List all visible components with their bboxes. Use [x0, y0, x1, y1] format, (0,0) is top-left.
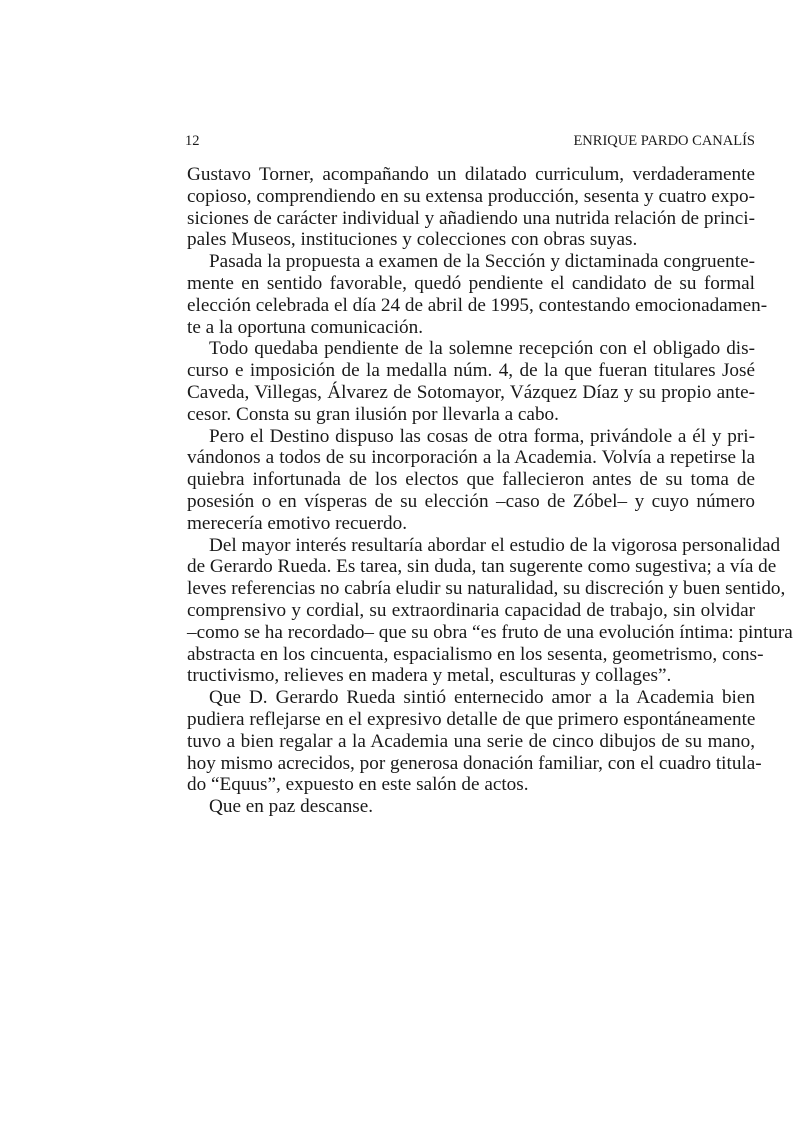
page-header: 12 ENRIQUE PARDO CANALÍS [185, 133, 755, 153]
text-line: Que D. Gerardo Rueda sintió enternecido … [187, 687, 755, 709]
paragraph: Todo quedaba pendiente de la solemne rec… [187, 338, 755, 425]
text-line: Pasada la propuesta a examen de la Secci… [187, 251, 755, 273]
paragraph: Gustavo Torner, acompañando un dilatado … [187, 164, 755, 251]
text-line: Que en paz descanse. [187, 796, 755, 818]
text-line: Caveda, Villegas, Álvarez de Sotomayor, … [187, 382, 755, 404]
text-line: Pero el Destino dispuso las cosas de otr… [187, 426, 755, 448]
text-line: tuvo a bien regalar a la Academia una se… [187, 731, 755, 753]
paragraph: Que D. Gerardo Rueda sintió enternecido … [187, 687, 755, 796]
text-line: do “Equus”, expuesto en este salón de ac… [187, 774, 755, 796]
text-line: cesor. Consta su gran ilusión por llevar… [187, 404, 755, 426]
page-number: 12 [185, 133, 200, 150]
text-line: –como se ha recordado– que su obra “es f… [187, 622, 755, 644]
text-line: siciones de carácter individual y añadie… [187, 208, 755, 230]
text-line: te a la oportuna comunicación. [187, 317, 755, 339]
text-line: pales Museos, instituciones y coleccione… [187, 229, 755, 251]
paragraph: Pasada la propuesta a examen de la Secci… [187, 251, 755, 338]
text-line: posesión o en vísperas de su elección –c… [187, 491, 755, 513]
text-line: merecería emotivo recuerdo. [187, 513, 755, 535]
text-line: Del mayor interés resultaría abordar el … [187, 535, 755, 557]
text-line: Todo quedaba pendiente de la solemne rec… [187, 338, 755, 360]
text-line: leves referencias no cabría eludir su na… [187, 578, 755, 600]
text-line: abstracta en los cincuenta, espacialismo… [187, 644, 755, 666]
text-line: comprensivo y cordial, su extraordinaria… [187, 600, 755, 622]
paragraph: Pero el Destino dispuso las cosas de otr… [187, 426, 755, 535]
text-line: quiebra infortunada de los electos que f… [187, 469, 755, 491]
paragraph: Del mayor interés resultaría abordar el … [187, 535, 755, 688]
text-line: mente en sentido favorable, quedó pendie… [187, 273, 755, 295]
body-text: Gustavo Torner, acompañando un dilatado … [187, 164, 755, 818]
paragraph: Que en paz descanse. [187, 796, 755, 818]
running-head-author: ENRIQUE PARDO CANALÍS [573, 133, 755, 150]
text-line: copioso, comprendiendo en su extensa pro… [187, 186, 755, 208]
text-line: vándonos a todos de su incorporación a l… [187, 447, 755, 469]
text-line: elección celebrada el día 24 de abril de… [187, 295, 755, 317]
text-line: curso e imposición de la medalla núm. 4,… [187, 360, 755, 382]
text-line: tructivismo, relieves en madera y metal,… [187, 665, 755, 687]
text-line: Gustavo Torner, acompañando un dilatado … [187, 164, 755, 186]
text-line: de Gerardo Rueda. Es tarea, sin duda, ta… [187, 556, 755, 578]
text-line: hoy mismo acrecidos, por generosa donaci… [187, 753, 755, 775]
text-line: pudiera reflejarse en el expresivo detal… [187, 709, 755, 731]
